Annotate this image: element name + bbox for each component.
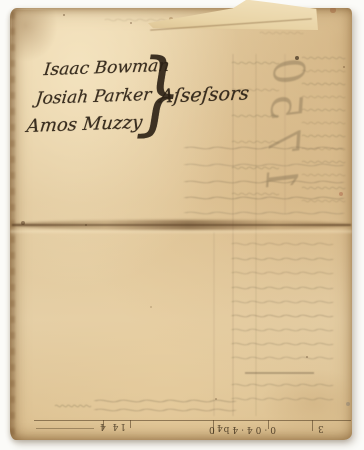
inverted-figure: 0·04·4b·0 <box>206 424 276 434</box>
bleedthrough-year: 1750 <box>256 47 315 193</box>
inverted-figure: 3 <box>316 423 324 433</box>
inverted-figure: 14 4 <box>98 421 126 431</box>
signature-amos-muzzy: Amos Muzzy <box>26 112 144 137</box>
ledger-edge-line <box>34 420 351 421</box>
fold-crease-highlight <box>10 230 352 233</box>
ledger-edge-line-short <box>36 428 94 429</box>
ledger-tick <box>130 420 131 428</box>
assessors-label: Aſseſsors <box>159 82 251 107</box>
paper-surface: 1750 Isaac Bowman Josiah Parker Amos Muz… <box>10 8 352 440</box>
foxing-specks <box>10 8 12 10</box>
fold-crease-core <box>12 224 351 226</box>
paper-sheet: 1750 Isaac Bowman Josiah Parker Amos Muz… <box>10 8 352 440</box>
ledger-tick <box>312 420 313 431</box>
scanned-page: 1750 Isaac Bowman Josiah Parker Amos Muz… <box>0 0 364 450</box>
